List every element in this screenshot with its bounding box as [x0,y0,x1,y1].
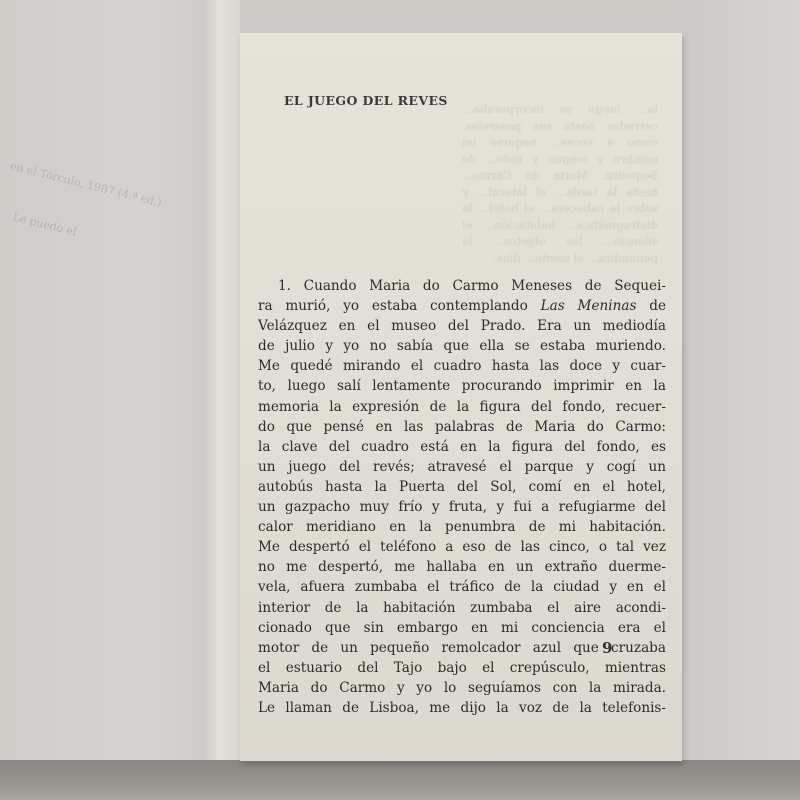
text-line: 1. Cuando Maria do Carmo Meneses de Sequ… [258,276,666,296]
text-line: cionado que sin embargo en mi conciencia… [258,618,666,638]
text-line: memoria la expresión de la figura del fo… [258,397,666,417]
text-line: do que pensé en las palabras de Maria do… [258,417,666,437]
text-span: ra murió, yo estaba contemplando [258,298,528,314]
book-shadow [0,760,800,800]
bleed-mark: ᵒᴵ [272,645,278,655]
text-line: un gazpacho muy frío y fruta, y fui a re… [258,497,666,517]
text-line: calor meridiano en la penumbra de mi hab… [258,517,666,537]
text-line: vela, afuera zumbaba el tráfico de la ci… [258,577,666,597]
text-line: to, luego salí lentamente procurando imp… [258,376,666,396]
text-line: de julio y yo no sabía que ella se estab… [258,336,666,356]
text-line: Me despertó el teléfono a eso de las cin… [258,537,666,557]
text-line: autobús hasta la Puerta del Sol, comí en… [258,477,666,497]
text-line: interior de la habitación zumbaba el air… [258,598,666,618]
italic-title: Las Meninas [541,298,637,314]
text-line: no me despertó, me hallaba en un extraño… [258,557,666,577]
text-line: Le llaman de Lisboa, me dijo la voz de l… [258,698,666,718]
text-line: la clave del cuadro está en la figura de… [258,437,666,457]
right-page: la... luego se incorporaba... cerrados h… [240,33,682,761]
text-line: Me quedé mirando el cuadro hasta las doc… [258,356,666,376]
text-line: el estuario del Tajo bajo el crepúsculo,… [258,658,666,678]
page-number: 9 [602,639,612,657]
text-line: Velázquez en el museo del Prado. Era un … [258,316,666,336]
right-background [682,0,800,800]
bleed-through-text: la... luego se incorporaba... cerrados h… [462,101,658,291]
book-gutter [206,0,240,800]
text-line: ra murió, yo estaba contemplando Las Men… [258,296,666,316]
text-span: de [649,298,666,314]
text-line: Maria do Carmo y yo lo seguíamos con la … [258,678,666,698]
chapter-title: EL JUEGO DEL REVES [284,93,448,108]
text-line: un juego del revés; atravesé el parque y… [258,457,666,477]
left-page [0,0,240,800]
bleed-mark: ᵒᵘᵒ [568,645,579,655]
